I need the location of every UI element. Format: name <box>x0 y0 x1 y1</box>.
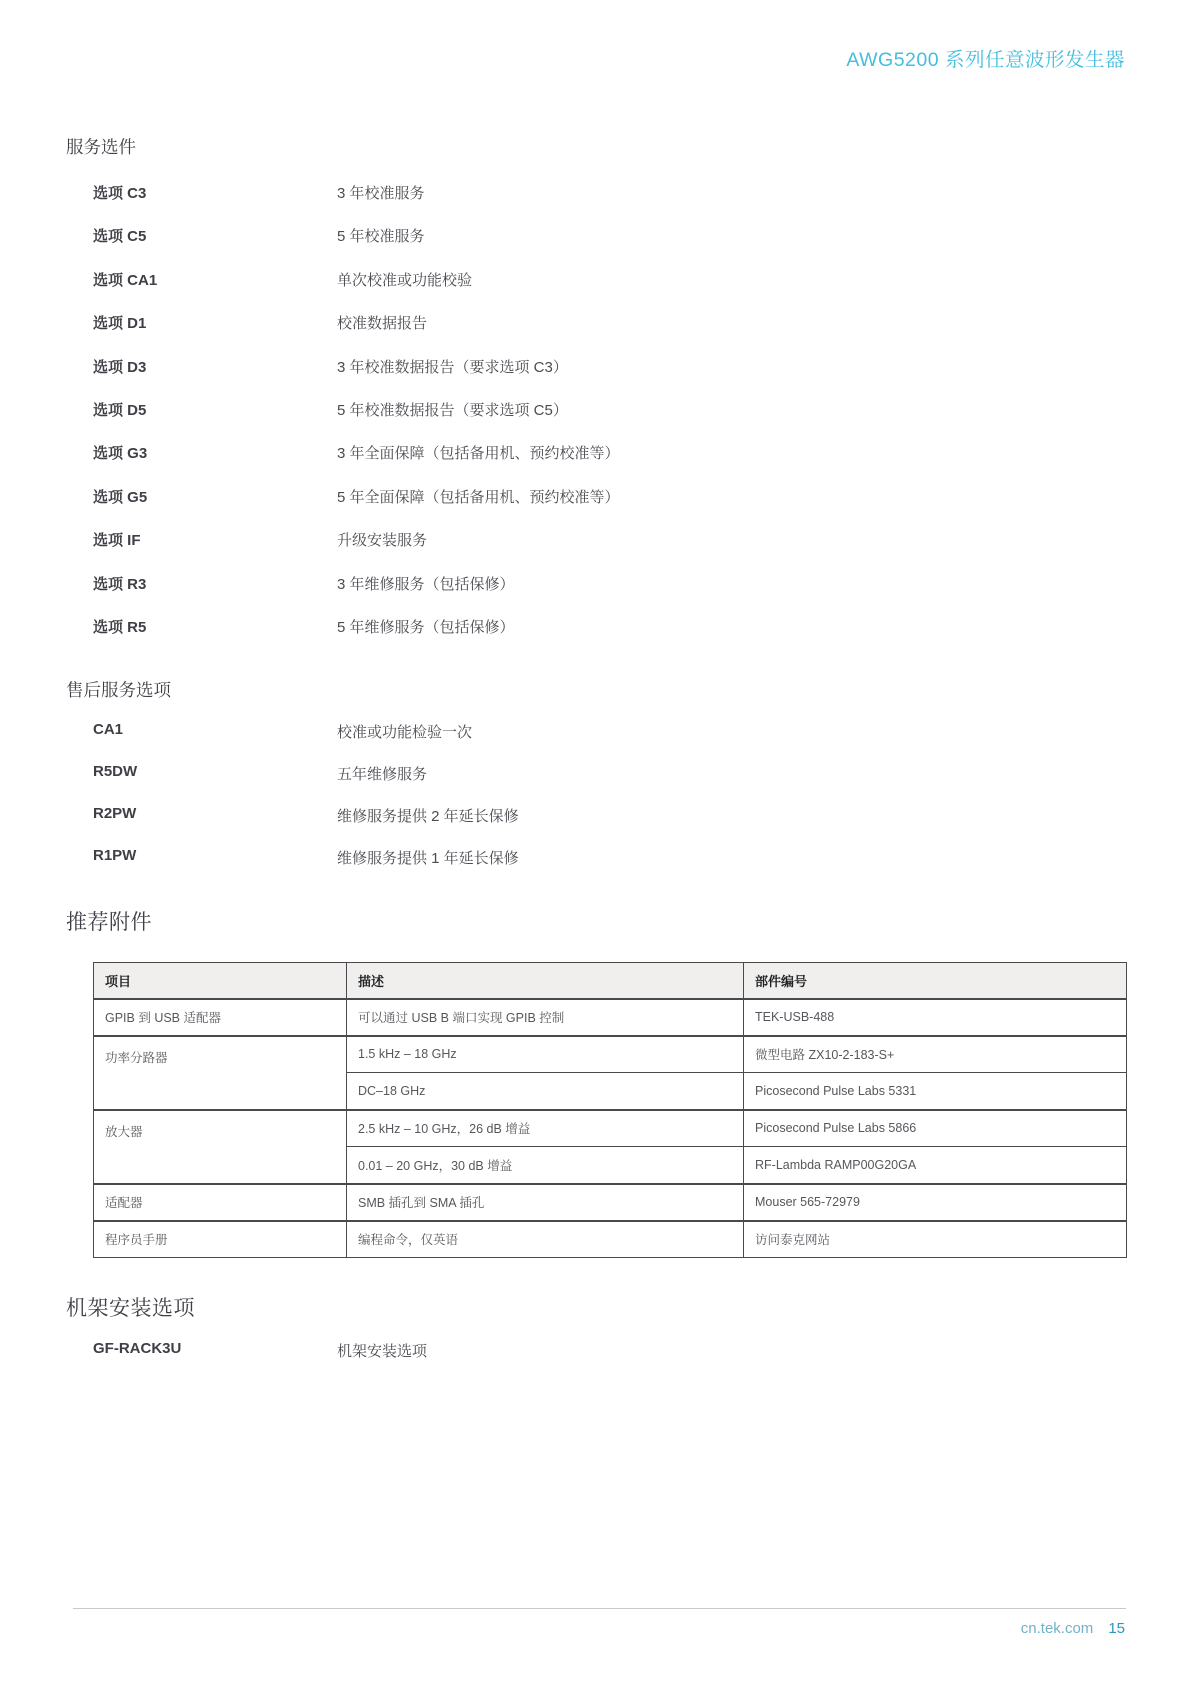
table-row: 放大器 2.5 kHz – 10 GHz，26 dB 增益 Picosecond… <box>94 1110 1127 1147</box>
option-row: 选项 D3 3 年校准数据报告（要求选项 C3） <box>93 356 1093 399</box>
option-desc: 3 年校准数据报告（要求选项 C3） <box>337 356 568 377</box>
option-desc: 5 年全面保障（包括备用机、预约校准等） <box>337 486 620 507</box>
table-row: 功率分路器 1.5 kHz – 18 GHz 微型电路 ZX10-2-183-S… <box>94 1036 1127 1073</box>
footer-divider <box>73 1608 1126 1609</box>
cell-item: 适配器 <box>94 1184 347 1221</box>
cell-desc: SMB 插孔到 SMA 插孔 <box>347 1184 744 1221</box>
cell-part: Picosecond Pulse Labs 5866 <box>744 1110 1127 1147</box>
option-desc: 单次校准或功能校验 <box>337 269 472 290</box>
option-code: 选项 C3 <box>93 182 337 203</box>
service-options-list: 选项 C3 3 年校准服务 选项 C5 5 年校准服务 选项 CA1 单次校准或… <box>93 182 1093 659</box>
rackmount-options-list: GF-RACK3U 机架安装选项 <box>93 1340 1093 1382</box>
cell-desc: 0.01 – 20 GHz，30 dB 增益 <box>347 1147 744 1184</box>
cell-desc: DC–18 GHz <box>347 1073 744 1110</box>
option-code: GF-RACK3U <box>93 1340 337 1357</box>
accessories-table: 项目 描述 部件编号 GPIB 到 USB 适配器 可以通过 USB B 端口实… <box>93 962 1127 1258</box>
cell-part: TEK-USB-488 <box>744 999 1127 1036</box>
option-desc: 五年维修服务 <box>337 763 427 784</box>
footer-page-number: 15 <box>1108 1620 1125 1637</box>
post-sale-options-list: CA1 校准或功能检验一次 R5DW 五年维修服务 R2PW 维修服务提供 2 … <box>93 721 1093 889</box>
cell-item: 程序员手册 <box>94 1221 347 1258</box>
cell-item: 功率分路器 <box>94 1036 347 1110</box>
option-row: GF-RACK3U 机架安装选项 <box>93 1340 1093 1382</box>
section-heading-service-options: 服务选件 <box>66 134 136 159</box>
option-desc: 维修服务提供 2 年延长保修 <box>337 805 519 826</box>
option-row: 选项 D5 5 年校准数据报告（要求选项 C5） <box>93 399 1093 442</box>
option-code: R1PW <box>93 847 337 864</box>
option-code: 选项 G5 <box>93 486 337 507</box>
column-header-item: 项目 <box>94 963 347 999</box>
cell-desc: 2.5 kHz – 10 GHz，26 dB 增益 <box>347 1110 744 1147</box>
option-code: 选项 G3 <box>93 442 337 463</box>
option-row: R1PW 维修服务提供 1 年延长保修 <box>93 847 1093 889</box>
column-header-desc: 描述 <box>347 963 744 999</box>
section-heading-rackmount: 机架安装选项 <box>66 1292 195 1322</box>
cell-part: 访问泰克网站 <box>744 1221 1127 1258</box>
cell-part: RF-Lambda RAMP00G20GA <box>744 1147 1127 1184</box>
table-row: 适配器 SMB 插孔到 SMA 插孔 Mouser 565-72979 <box>94 1184 1127 1221</box>
option-desc: 3 年全面保障（包括备用机、预约校准等） <box>337 442 620 463</box>
cell-desc: 1.5 kHz – 18 GHz <box>347 1036 744 1073</box>
option-row: R2PW 维修服务提供 2 年延长保修 <box>93 805 1093 847</box>
option-code: 选项 R5 <box>93 616 337 637</box>
cell-part: 微型电路 ZX10-2-183-S+ <box>744 1036 1127 1073</box>
option-row: 选项 CA1 单次校准或功能校验 <box>93 269 1093 312</box>
cell-part: Mouser 565-72979 <box>744 1184 1127 1221</box>
option-code: R5DW <box>93 763 337 780</box>
option-desc: 校准或功能检验一次 <box>337 721 472 742</box>
option-desc: 5 年校准服务 <box>337 225 425 246</box>
option-row: R5DW 五年维修服务 <box>93 763 1093 805</box>
option-code: 选项 D3 <box>93 356 337 377</box>
option-row: 选项 G5 5 年全面保障（包括备用机、预约校准等） <box>93 486 1093 529</box>
option-code: CA1 <box>93 721 337 738</box>
option-row: 选项 C5 5 年校准服务 <box>93 225 1093 268</box>
option-desc: 3 年校准服务 <box>337 182 425 203</box>
option-desc: 升级安装服务 <box>337 529 427 550</box>
option-row: 选项 D1 校准数据报告 <box>93 312 1093 355</box>
document-page: AWG5200 系列任意波形发生器 服务选件 选项 C3 3 年校准服务 选项 … <box>0 0 1199 1696</box>
cell-desc: 可以通过 USB B 端口实现 GPIB 控制 <box>347 999 744 1036</box>
table-row: 程序员手册 编程命令，仅英语 访问泰克网站 <box>94 1221 1127 1258</box>
option-code: 选项 D5 <box>93 399 337 420</box>
section-heading-post-sale-options: 售后服务选项 <box>66 677 171 702</box>
column-header-part: 部件编号 <box>744 963 1127 999</box>
option-desc: 5 年校准数据报告（要求选项 C5） <box>337 399 568 420</box>
table-header-row: 项目 描述 部件编号 <box>94 963 1127 999</box>
footer: cn.tek.com 15 <box>1021 1620 1125 1637</box>
option-row: 选项 C3 3 年校准服务 <box>93 182 1093 225</box>
cell-part: Picosecond Pulse Labs 5331 <box>744 1073 1127 1110</box>
option-code: 选项 R3 <box>93 573 337 594</box>
section-heading-recommended-accessories: 推荐附件 <box>66 906 152 936</box>
option-desc: 校准数据报告 <box>337 312 427 333</box>
option-desc: 3 年维修服务（包括保修） <box>337 573 515 594</box>
option-desc: 机架安装选项 <box>337 1340 427 1361</box>
option-code: 选项 CA1 <box>93 269 337 290</box>
option-row: 选项 R5 5 年维修服务（包括保修） <box>93 616 1093 659</box>
option-desc: 5 年维修服务（包括保修） <box>337 616 515 637</box>
cell-item: 放大器 <box>94 1110 347 1184</box>
option-code: 选项 IF <box>93 529 337 550</box>
option-code: R2PW <box>93 805 337 822</box>
option-row: CA1 校准或功能检验一次 <box>93 721 1093 763</box>
cell-item: GPIB 到 USB 适配器 <box>94 999 347 1036</box>
table-row: GPIB 到 USB 适配器 可以通过 USB B 端口实现 GPIB 控制 T… <box>94 999 1127 1036</box>
cell-desc: 编程命令，仅英语 <box>347 1221 744 1258</box>
page-title: AWG5200 系列任意波形发生器 <box>846 44 1125 72</box>
option-row: 选项 IF 升级安装服务 <box>93 529 1093 572</box>
option-row: 选项 G3 3 年全面保障（包括备用机、预约校准等） <box>93 442 1093 485</box>
option-desc: 维修服务提供 1 年延长保修 <box>337 847 519 868</box>
option-code: 选项 C5 <box>93 225 337 246</box>
option-code: 选项 D1 <box>93 312 337 333</box>
footer-site-link[interactable]: cn.tek.com <box>1021 1620 1094 1637</box>
option-row: 选项 R3 3 年维修服务（包括保修） <box>93 573 1093 616</box>
